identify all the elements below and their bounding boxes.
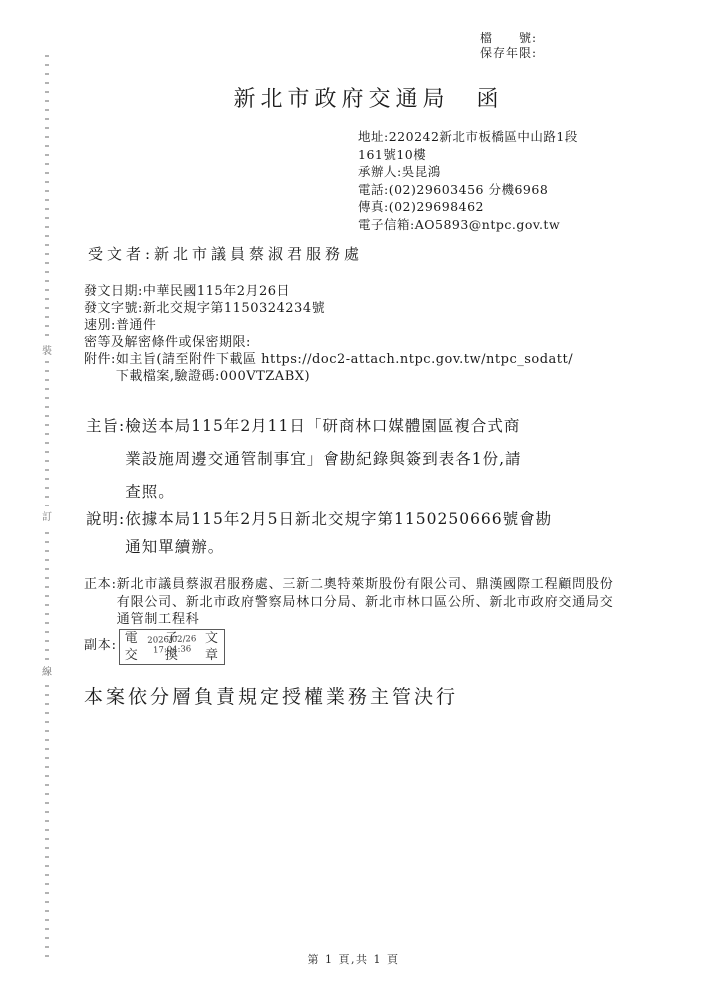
document-meta-block: 發文日期:中華民國115年2月26日 發文字號:新北交規字第1150324234…	[84, 283, 584, 385]
subject-label: 主旨:	[86, 410, 125, 443]
original-recipients-text: 新北市議員蔡淑君服務處、三新二奧特萊斯股份有限公司、鼎漢國際工程顧問股份有限公司…	[117, 576, 619, 629]
attachment-text: 如主旨(請至附件下載區 https://doc2-attach.ntpc.gov…	[116, 351, 584, 385]
document-title: 新北市政府交通局 函	[0, 82, 707, 113]
official-document-page: 裝 訂 線 檔 號: 保存年限: 新北市政府交通局 函 地址:220242新北市…	[0, 0, 707, 1000]
issue-number: 發文字號:新北交規字第1150324234號	[84, 300, 584, 317]
copy-label: 副本:	[84, 634, 117, 653]
file-number-block: 檔 號: 保存年限:	[480, 31, 537, 61]
explanation-text: 依據本局115年2月5日新北交規字第1150250666號會勘通知單續辦。	[125, 505, 567, 561]
original-label: 正本:	[84, 576, 117, 594]
sender-contact-person: 承辦人:吳昆鴻	[358, 163, 594, 181]
issue-date: 發文日期:中華民國115年2月26日	[84, 283, 584, 300]
explanation-label: 說明:	[86, 505, 125, 533]
explanation-section: 說明: 依據本局115年2月5日新北交規字第1150250666號會勘通知單續辦…	[86, 505, 567, 561]
binding-mark-ding: 訂	[38, 506, 56, 525]
file-number-label: 檔 號:	[480, 31, 537, 46]
subject-section: 主旨: 檢送本局115年2月11日「研商林口媒體園區複合式商業設施周邊交通管制事…	[86, 410, 523, 509]
page-number-footer: 第 1 頁,共 1 頁	[0, 951, 707, 967]
binding-mark-zhuang: 裝	[38, 340, 56, 359]
binding-mark-xian: 線	[38, 661, 56, 680]
sender-fax: 傳真:(02)29698462	[358, 198, 594, 216]
retention-period-label: 保存年限:	[480, 46, 537, 61]
security-class: 密等及解密條件或保密期限:	[84, 334, 584, 351]
copy-recipients-section: 副本: 電 子 文 交 換 章 2026/02/26 17:04:36	[84, 634, 225, 665]
stamp-datetime: 2026/02/26 17:04:36	[119, 633, 224, 657]
electronic-exchange-stamp: 電 子 文 交 換 章 2026/02/26 17:04:36	[119, 629, 225, 665]
attachment-label: 附件:	[84, 351, 116, 368]
sender-email: 電子信箱:AO5893@ntpc.gov.tw	[358, 216, 594, 234]
sender-phone: 電話:(02)29603456 分機6968	[358, 181, 594, 199]
original-recipients-section: 正本: 新北市議員蔡淑君服務處、三新二奧特萊斯股份有限公司、鼎漢國際工程顧問股份…	[84, 576, 619, 629]
sender-contact-block: 地址:220242新北市板橋區中山路1段161號10樓 承辦人:吳昆鴻 電話:(…	[358, 128, 594, 233]
attachment-row: 附件: 如主旨(請至附件下載區 https://doc2-attach.ntpc…	[84, 351, 584, 385]
sender-address: 地址:220242新北市板橋區中山路1段161號10樓	[358, 128, 594, 163]
recipient-line: 受文者:新北市議員蔡淑君服務處	[88, 243, 363, 264]
authorization-statement: 本案依分層負責規定授權業務主管決行	[84, 682, 458, 709]
stamp-time: 17:04:36	[153, 644, 192, 655]
subject-text: 檢送本局115年2月11日「研商林口媒體園區複合式商業設施周邊交通管制事宜」會勘…	[125, 410, 523, 509]
speed-class: 速別:普通件	[84, 317, 584, 334]
